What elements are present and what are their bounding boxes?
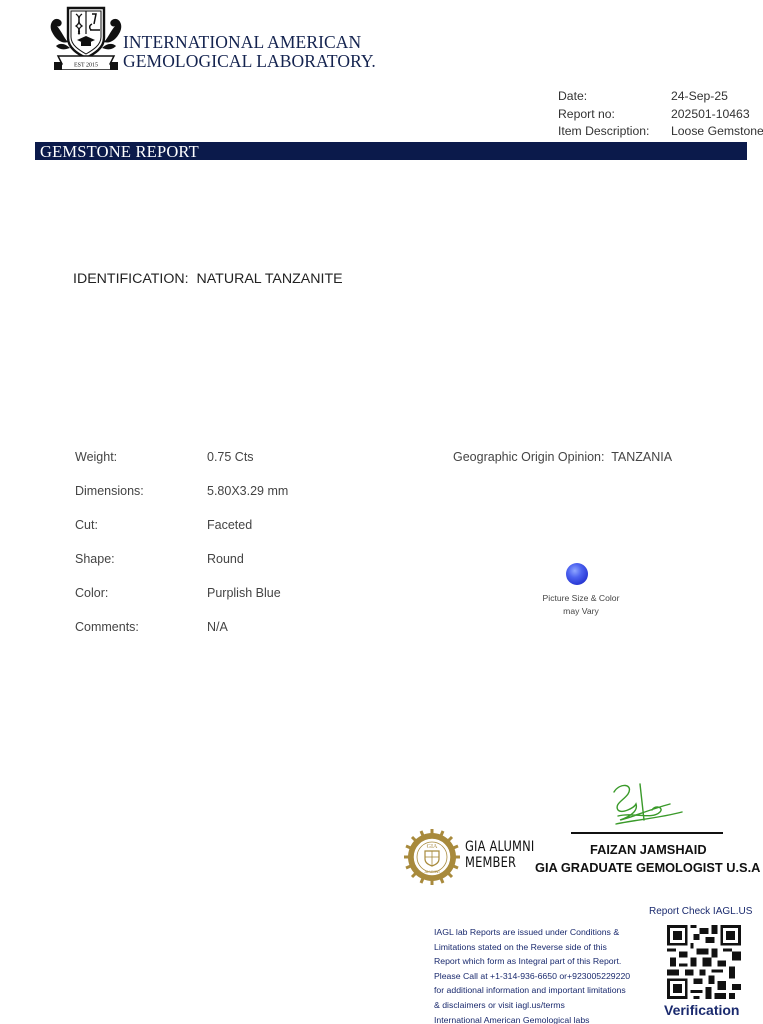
- dimensions-value: 5.80X3.29 mm: [207, 484, 288, 518]
- detail-row-weight: Weight: 0.75 Cts: [75, 450, 288, 484]
- signature-line: [571, 832, 723, 834]
- detail-label: Cut:: [75, 518, 207, 552]
- report-number: 202501-10463: [671, 106, 750, 124]
- signer-title: GIA GRADUATE GEMOLOGIST U.S.A: [535, 860, 760, 875]
- comments-value: N/A: [207, 620, 228, 654]
- disclaimer-line: Please Call at +1-314-936-6650 or+923005…: [434, 969, 659, 984]
- meta-row-item-description: Item Description: Loose Gemstone: [558, 123, 763, 141]
- origin-label: Geographic Origin Opinion:: [453, 450, 604, 464]
- cut-value: Faceted: [207, 518, 252, 552]
- organization-name: INTERNATIONAL AMERICAN GEMOLOGICAL LABOR…: [123, 33, 376, 71]
- detail-row-comments: Comments: N/A: [75, 620, 288, 654]
- item-description: Loose Gemstone: [671, 123, 763, 141]
- detail-row-color: Color: Purplish Blue: [75, 586, 288, 620]
- gia-alumni-seal-icon: GIA ALUMNI: [404, 829, 460, 885]
- gem-image-caption: Picture Size & Color may Vary: [531, 592, 631, 617]
- org-name-line2: GEMOLOGICAL LABORATORY.: [123, 52, 376, 71]
- report-date: 24-Sep-25: [671, 88, 728, 106]
- qr-code-icon[interactable]: [667, 925, 741, 999]
- svg-text:ALUMNI: ALUMNI: [424, 869, 439, 874]
- disclaimer-line: International American Gemological labs: [434, 1013, 659, 1024]
- gia-alumni-badge: GIA ALUMNI MEMBER: [465, 839, 534, 871]
- detail-row-shape: Shape: Round: [75, 552, 288, 586]
- detail-row-dimensions: Dimensions: 5.80X3.29 mm: [75, 484, 288, 518]
- identification: IDENTIFICATION: NATURAL TANZANITE: [73, 271, 343, 287]
- svg-text:EST 2015: EST 2015: [74, 63, 98, 69]
- identification-label: IDENTIFICATION:: [73, 271, 189, 287]
- iagl-crest-icon: EST 2015: [48, 2, 124, 70]
- geographic-origin: Geographic Origin Opinion: TANZANIA: [453, 450, 672, 464]
- identification-value: NATURAL TANZANITE: [197, 271, 343, 287]
- meta-label: Item Description:: [558, 123, 671, 141]
- disclaimer-line: for additional information and important…: [434, 983, 659, 998]
- origin-value: TANZANIA: [611, 450, 672, 464]
- meta-row-report-no: Report no: 202501-10463: [558, 106, 763, 124]
- org-name-line1: INTERNATIONAL AMERICAN: [123, 33, 376, 52]
- detail-label: Dimensions:: [75, 484, 207, 518]
- detail-label: Weight:: [75, 450, 207, 484]
- caption-line2: may Vary: [531, 605, 631, 618]
- disclaimer-line: Limitations stated on the Reverse side o…: [434, 940, 659, 955]
- gia-badge-line1: GIA ALUMNI: [465, 839, 534, 855]
- weight-value: 0.75 Cts: [207, 450, 254, 484]
- gemstone-image: [566, 563, 588, 585]
- signature-icon: [600, 780, 690, 830]
- meta-label: Report no:: [558, 106, 671, 124]
- shape-value: Round: [207, 552, 244, 586]
- detail-label: Shape:: [75, 552, 207, 586]
- detail-label: Comments:: [75, 620, 207, 654]
- report-meta: Date: 24-Sep-25 Report no: 202501-10463 …: [558, 88, 763, 141]
- disclaimer-text: IAGL lab Reports are issued under Condit…: [434, 925, 659, 1024]
- gem-details: Weight: 0.75 Cts Dimensions: 5.80X3.29 m…: [75, 450, 288, 654]
- report-title-banner: GEMSTONE REPORT: [35, 142, 747, 160]
- verification-label: Verification: [664, 1002, 739, 1018]
- svg-text:GIA: GIA: [427, 844, 438, 850]
- caption-line1: Picture Size & Color: [531, 592, 631, 605]
- disclaimer-line: IAGL lab Reports are issued under Condit…: [434, 925, 659, 940]
- signer-name: FAIZAN JAMSHAID: [590, 842, 707, 857]
- meta-label: Date:: [558, 88, 671, 106]
- disclaimer-line: Report which form as Integral part of th…: [434, 954, 659, 969]
- meta-row-date: Date: 24-Sep-25: [558, 88, 763, 106]
- disclaimer-line: & disclaimers or visit iagl.us/terms: [434, 998, 659, 1013]
- detail-label: Color:: [75, 586, 207, 620]
- gia-badge-line2: MEMBER: [465, 855, 534, 871]
- color-value: Purplish Blue: [207, 586, 281, 620]
- report-check-label: Report Check IAGL.US: [649, 906, 752, 917]
- detail-row-cut: Cut: Faceted: [75, 518, 288, 552]
